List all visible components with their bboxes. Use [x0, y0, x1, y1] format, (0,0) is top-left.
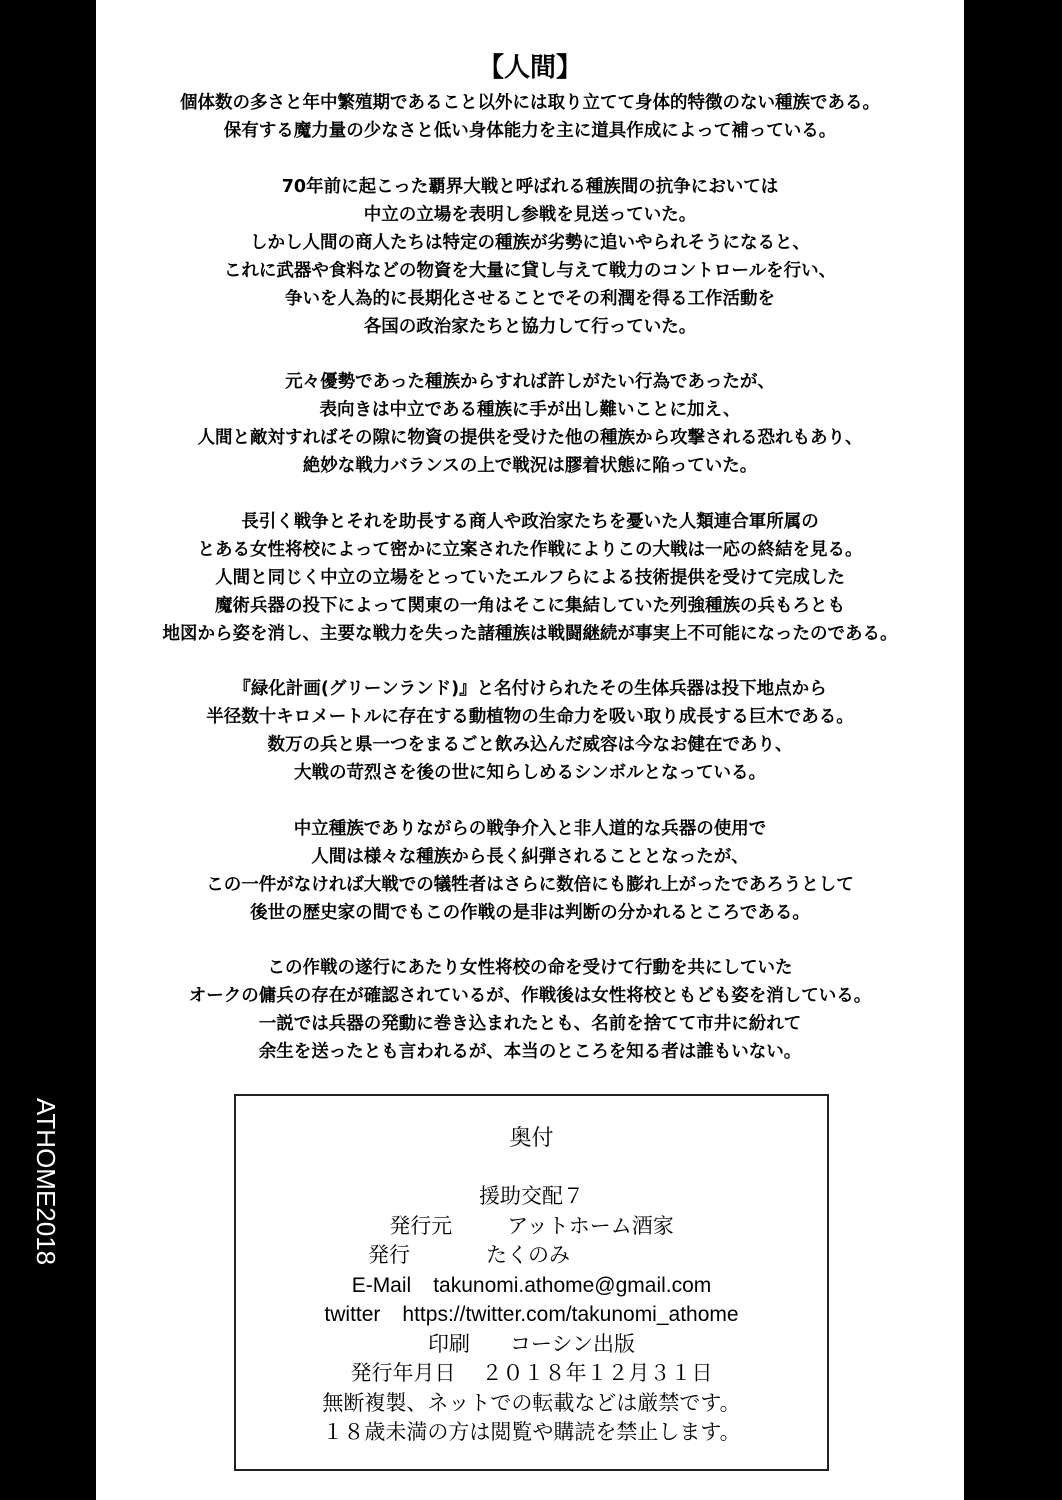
colophon-details: 援助交配７ 発行元アットホーム酒家 発行たくのみ E-Mailtakunomi.… — [236, 1182, 827, 1448]
text-line: 地図から姿を消し、主要な戦力を失った諸種族は戦闘継続が事実上不可能になったのであ… — [96, 620, 964, 648]
text-line: これに武器や食料などの物資を大量に貸し与えて戦力のコントロールを行い、 — [96, 257, 964, 285]
twitter-label: twitter — [324, 1303, 380, 1326]
text-line: 長引く戦争とそれを助長する商人や政治家たちを憂いた人類連合軍所属の — [96, 508, 964, 536]
printer-row: 印刷コーシン出版 — [236, 1330, 827, 1360]
printer-value: コーシン出版 — [510, 1332, 635, 1356]
text-line: とある女性将校によって密かに立案された作戦によりこの大戦は一応の終結を見る。 — [96, 536, 964, 564]
date-value: ２０１８年１２月３１日 — [482, 1361, 713, 1385]
text-line: 後世の歴史家の間でもこの作戦の是非は判断の分かれるところである。 — [96, 899, 964, 927]
paragraph-6: 中立種族でありながらの戦争介入と非人道的な兵器の使用で 人間は様々な種族から長く… — [96, 815, 964, 927]
paragraph-1: 個体数の多さと年中繁殖期であること以外には取り立てて身体的特徴のない種族である。… — [96, 89, 964, 145]
left-black-band: ATHOME2018 — [0, 0, 96, 1500]
text-line: 70年前に起こった覇界大戦と呼ばれる種族間の抗争においては — [96, 173, 964, 201]
email-label: E-Mail — [352, 1274, 412, 1297]
text-line: 一説では兵器の発動に巻き込まれたとも、名前を捨てて市井に紛れて — [96, 1010, 964, 1038]
text-line: 絶妙な戦力バランスの上で戦況は膠着状態に陥っていた。 — [96, 452, 964, 480]
paragraph-3: 元々優勢であった種族からすれば許しがたい行為であったが、 表向きは中立である種族… — [96, 368, 964, 480]
text-line: 人間と同じく中立の立場をとっていたエルフらによる技術提供を受けて完成した — [96, 564, 964, 592]
section-body: 個体数の多さと年中繁殖期であること以外には取り立てて身体的特徴のない種族である。… — [96, 89, 964, 1094]
paragraph-4: 長引く戦争とそれを助長する商人や政治家たちを憂いた人類連合軍所属の とある女性将… — [96, 508, 964, 648]
text-line: 人間と敵対すればその隙に物資の提供を受けた他の種族から攻撃される恐れもあり、 — [96, 424, 964, 452]
text-line: 半径数十キロメートルに存在する動植物の生命力を吸い取り成長する巨木である。 — [96, 703, 964, 731]
email-value[interactable]: takunomi.athome@gmail.com — [433, 1274, 711, 1297]
date-label: 発行年月日 — [351, 1361, 456, 1385]
text-line: 人間は様々な種族から長く糾弾されることとなったが、 — [96, 843, 964, 871]
paragraph-2: 70年前に起こった覇界大戦と呼ばれる種族間の抗争においては 中立の立場を表明し参… — [96, 173, 964, 341]
text-line: この一件がなければ大戦での犠牲者はさらに数倍にも膨れ上がったであろうとして — [96, 871, 964, 899]
text-line: 各国の政治家たちと協力して行っていた。 — [96, 313, 964, 341]
publisher-label: 発行元 — [389, 1212, 499, 1242]
right-black-band — [964, 0, 1062, 1500]
publisher-row: 発行元アットホーム酒家 — [236, 1212, 827, 1242]
text-line: 大戦の苛烈さを後の世に知らしめるシンボルとなっている。 — [96, 759, 964, 787]
text-line: 余生を送ったとも言われるが、本当のところを知る者は誰もいない。 — [96, 1038, 964, 1066]
text-line: 『緑化計画(グリーンランド)』と名付けられたその生体兵器は投下地点から — [96, 675, 964, 703]
publisher-value: アットホーム酒家 — [507, 1214, 674, 1238]
author-row: 発行たくのみ — [236, 1241, 827, 1271]
printer-label: 印刷 — [428, 1332, 470, 1356]
text-line: 元々優勢であった種族からすれば許しがたい行為であったが、 — [96, 368, 964, 396]
section-heading: 【人間】 — [96, 50, 964, 86]
paragraph-7: この作戦の遂行にあたり女性将校の命を受けて行動を共にしていた オークの傭兵の存在… — [96, 954, 964, 1066]
text-line: 中立種族でありながらの戦争介入と非人道的な兵器の使用で — [96, 815, 964, 843]
text-line: 数万の兵と県一つをまるごと飲み込んだ威容は今なお健在であり、 — [96, 731, 964, 759]
text-line: しかし人間の商人たちは特定の種族が劣勢に追いやられそうになると、 — [96, 229, 964, 257]
text-line: 中立の立場を表明し参戦を見送っていた。 — [96, 201, 964, 229]
author-label: 発行 — [368, 1241, 478, 1271]
twitter-row: twitterhttps://twitter.com/takunomi_atho… — [236, 1300, 827, 1330]
document-page: 【人間】 個体数の多さと年中繁殖期であること以外には取り立てて身体的特徴のない種… — [96, 0, 964, 1500]
side-label-athome2018: ATHOME2018 — [26, 1098, 66, 1258]
text-line: 魔術兵器の投下によって関東の一角はそこに集結していた列強種族の兵もろとも — [96, 592, 964, 620]
email-row: E-Mailtakunomi.athome@gmail.com — [236, 1271, 827, 1301]
colophon-title: 奥付 — [236, 1124, 827, 1154]
notice-age-restriction: １８歳未満の方は閲覧や購読を禁止します。 — [236, 1418, 827, 1448]
text-line: 保有する魔力量の少なさと低い身体能力を主に道具作成によって補っている。 — [96, 117, 964, 145]
text-line: オークの傭兵の存在が確認されているが、作戦後は女性将校ともども姿を消している。 — [96, 982, 964, 1010]
colophon-box: 奥付 援助交配７ 発行元アットホーム酒家 発行たくのみ E-Mailtakuno… — [234, 1094, 829, 1471]
paragraph-5: 『緑化計画(グリーンランド)』と名付けられたその生体兵器は投下地点から 半径数十… — [96, 675, 964, 787]
text-line: 争いを人為的に長期化させることでその利潤を得る工作活動を — [96, 285, 964, 313]
author-value: たくのみ — [486, 1243, 570, 1267]
text-line: この作戦の遂行にあたり女性将校の命を受けて行動を共にしていた — [96, 954, 964, 982]
notice-reproduction: 無断複製、ネットでの転載などは厳禁です。 — [236, 1389, 827, 1419]
text-line: 表向きは中立である種族に手が出し難いことに加え、 — [96, 396, 964, 424]
date-row: 発行年月日２０１８年１２月３１日 — [236, 1359, 827, 1389]
twitter-link[interactable]: https://twitter.com/takunomi_athome — [402, 1303, 738, 1326]
book-title: 援助交配７ — [236, 1182, 827, 1212]
text-line: 個体数の多さと年中繁殖期であること以外には取り立てて身体的特徴のない種族である。 — [96, 89, 964, 117]
